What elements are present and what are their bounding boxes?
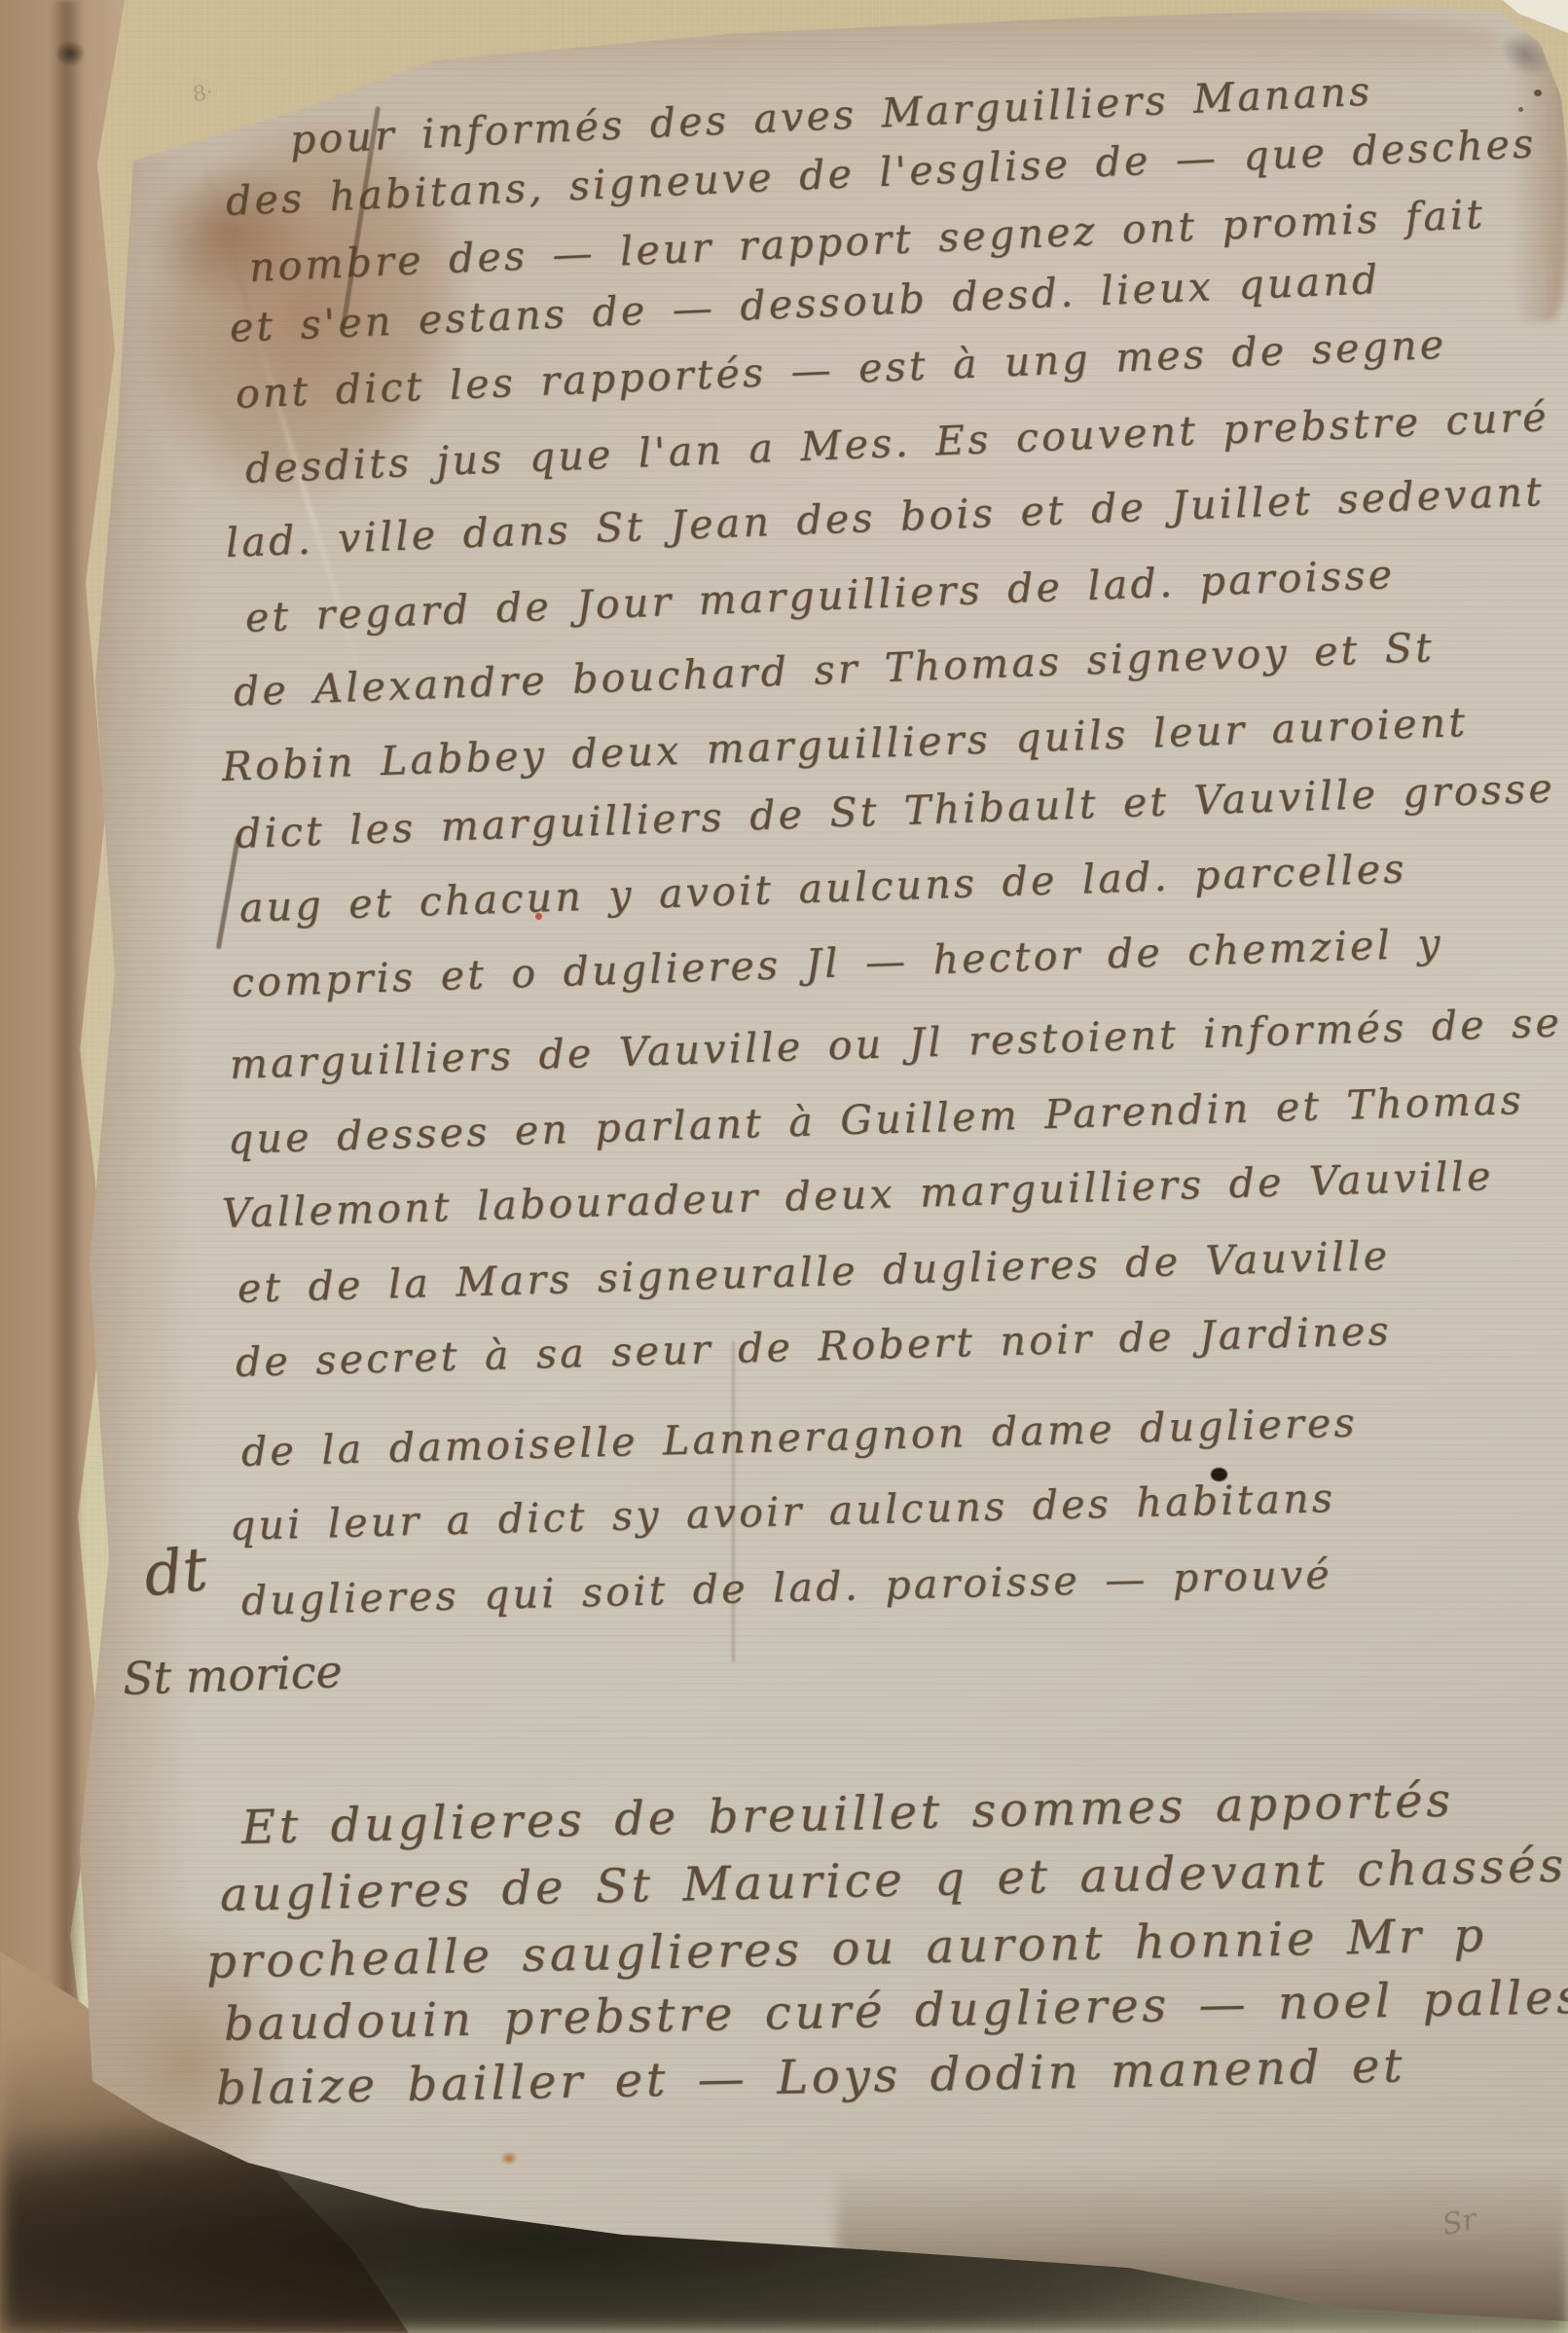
manuscript-line: de secret à sa seur de Robert noir de Ja…: [235, 1307, 1392, 1386]
notarial-end-mark: Sr: [1440, 2203, 1479, 2242]
handwriting-layer: 8· dt St morice Sr pour informés des ave…: [0, 0, 1568, 2333]
manuscript-line: et de la Mars signeuralle duglieres de V…: [237, 1232, 1391, 1312]
manuscript-line: Et duglieres de breuillet sommes apporté…: [240, 1773, 1454, 1855]
manuscript-line: qui leur a dict sy avoir aulcuns des hab…: [229, 1475, 1335, 1549]
manuscript-line: blaize bailler et — Loys dodin manend et: [215, 2039, 1405, 2116]
manuscript-line: aug et chacun y avoit aulcuns de lad. pa…: [238, 845, 1407, 931]
manuscript-line: Vallemont labouradeur deux marguilliers …: [221, 1152, 1494, 1237]
marginal-note-initial: dt: [140, 1533, 210, 1610]
manuscript-photo: 8· dt St morice Sr pour informés des ave…: [0, 0, 1568, 2333]
manuscript-line: de la damoiselle Lanneragnon dame duglie…: [240, 1400, 1358, 1476]
manuscript-line: compris et o duglieres Jl — hector de ch…: [231, 920, 1443, 1006]
pencil-folio-mark: 8·: [191, 81, 214, 108]
manuscript-line: duglieres qui soit de lad. paroisse — pr…: [240, 1551, 1332, 1624]
manuscript-line: et regard de Jour marguilliers de lad. p…: [244, 551, 1396, 641]
manuscript-line: de Alexandre bouchard sr Thomas signevoy…: [233, 624, 1436, 715]
manuscript-line: marguilliers de Vauville ou Jl restoient…: [229, 1000, 1562, 1088]
manuscript-line: que desses en parlant à Guillem Parendin…: [227, 1076, 1524, 1163]
marginal-note-st-morice: St morice: [122, 1645, 343, 1705]
